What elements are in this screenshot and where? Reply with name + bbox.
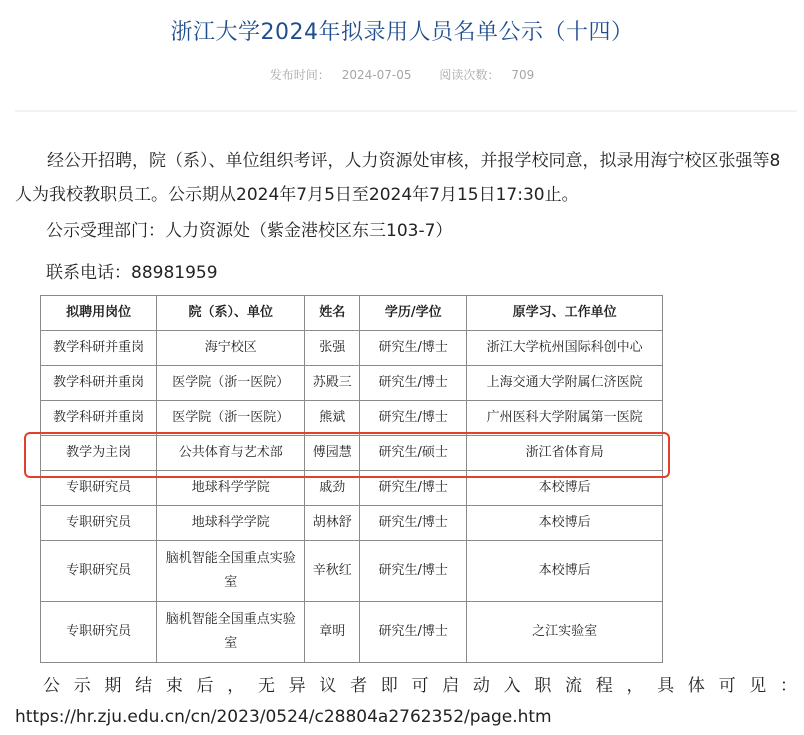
- phone-line: 联系电话：88981959: [46, 256, 804, 290]
- intro-paragraph: 经公开招聘，院（系）、单位组织考评，人力资源处审核，并报学校同意，拟录用海宁校区…: [15, 144, 797, 212]
- cell-department: 脑机智能全国重点实验室: [157, 602, 305, 663]
- table-row: 教学科研并重岗 医学院（浙一医院） 熊斌 研究生/博士 广州医科大学附属第一医院: [41, 401, 663, 436]
- cell-position: 教学科研并重岗: [41, 331, 157, 366]
- header-department: 院（系）、单位: [157, 296, 305, 331]
- title-separator: [15, 110, 797, 112]
- cell-prev-unit: 广州医科大学附属第一医院: [467, 401, 663, 436]
- publish-date: 2024-07-05: [342, 68, 412, 82]
- table-header-row: 拟聘用岗位 院（系）、单位 姓名 学历/学位 原学习、工作单位: [41, 296, 663, 331]
- cell-department: 医学院（浙一医院）: [157, 401, 305, 436]
- cell-name: 苏殿三: [305, 366, 360, 401]
- cell-position: 教学科研并重岗: [41, 366, 157, 401]
- header-position: 拟聘用岗位: [41, 296, 157, 331]
- cell-prev-unit: 之江实验室: [467, 602, 663, 663]
- header-prev-unit: 原学习、工作单位: [467, 296, 663, 331]
- cell-position: 专职研究员: [41, 541, 157, 602]
- cell-name: 张强: [305, 331, 360, 366]
- cell-degree: 研究生/博士: [360, 602, 467, 663]
- cell-prev-unit: 本校博后: [467, 541, 663, 602]
- footer-paragraph: 公示期结束后，无异议者即可启动入职流程，具体可见：: [15, 671, 797, 701]
- table-row: 专职研究员 脑机智能全国重点实验室 辛秋红 研究生/博士 本校博后: [41, 541, 663, 602]
- table-row: 教学科研并重岗 海宁校区 张强 研究生/博士 浙江大学杭州国际科创中心: [41, 331, 663, 366]
- views-count: 709: [511, 68, 534, 82]
- cell-name: 章明: [305, 602, 360, 663]
- cell-prev-unit: 浙江大学杭州国际科创中心: [467, 331, 663, 366]
- cell-name: 胡林舒: [305, 506, 360, 541]
- cell-degree: 研究生/博士: [360, 506, 467, 541]
- hire-list-table: 拟聘用岗位 院（系）、单位 姓名 学历/学位 原学习、工作单位 教学科研并重岗 …: [40, 295, 663, 663]
- cell-degree: 研究生/博士: [360, 331, 467, 366]
- cell-position: 专职研究员: [41, 506, 157, 541]
- publish-info: 发布时间：2024-07-05: [264, 68, 418, 82]
- header-degree: 学历/学位: [360, 296, 467, 331]
- cell-degree: 研究生/博士: [360, 366, 467, 401]
- cell-degree: 研究生/博士: [360, 541, 467, 602]
- cell-department: 脑机智能全国重点实验室: [157, 541, 305, 602]
- article-meta: 发布时间：2024-07-05 阅读次数：709: [0, 66, 804, 84]
- header-name: 姓名: [305, 296, 360, 331]
- views-label: 阅读次数：: [439, 68, 499, 82]
- cell-position: 教学科研并重岗: [41, 401, 157, 436]
- cell-name: 辛秋红: [305, 541, 360, 602]
- publish-label: 发布时间：: [270, 68, 330, 82]
- table-row: 教学科研并重岗 医学院（浙一医院） 苏殿三 研究生/博士 上海交通大学附属仁济医…: [41, 366, 663, 401]
- views-info: 阅读次数：709: [433, 68, 540, 82]
- table-row: 专职研究员 脑机智能全国重点实验室 章明 研究生/博士 之江实验室: [41, 602, 663, 663]
- highlight-box: [24, 432, 670, 478]
- page-title: 浙江大学2024年拟录用人员名单公示（十四）: [0, 18, 804, 48]
- cell-department: 地球科学学院: [157, 506, 305, 541]
- cell-department: 医学院（浙一医院）: [157, 366, 305, 401]
- cell-department: 海宁校区: [157, 331, 305, 366]
- table-row: 专职研究员 地球科学学院 胡林舒 研究生/博士 本校博后: [41, 506, 663, 541]
- department-line: 公示受理部门：人力资源处（紫金港校区东三103-7）: [46, 214, 804, 248]
- cell-name: 熊斌: [305, 401, 360, 436]
- cell-degree: 研究生/博士: [360, 401, 467, 436]
- cell-prev-unit: 上海交通大学附属仁济医院: [467, 366, 663, 401]
- footer-link[interactable]: https://hr.zju.edu.cn/cn/2023/0524/c2880…: [15, 702, 552, 732]
- cell-prev-unit: 本校博后: [467, 506, 663, 541]
- cell-position: 专职研究员: [41, 602, 157, 663]
